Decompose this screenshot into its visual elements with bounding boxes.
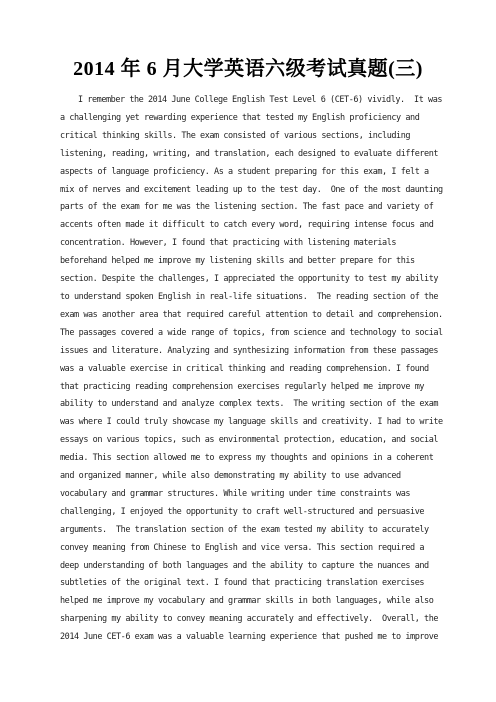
text-line: challenging, I enjoyed the opportunity t…: [60, 504, 440, 522]
text-line: listening, reading, writing, and transla…: [60, 146, 440, 164]
text-line: ability to understand and analyze comple…: [60, 396, 440, 414]
document-title: 2014 年 6 月大学英语六级考试真题(三): [0, 57, 496, 81]
text-line: media. This section allowed me to expres…: [60, 450, 440, 468]
document-body: I remember the 2014 June College English…: [60, 92, 440, 647]
text-line: aspects of language proficiency. As a st…: [60, 164, 440, 182]
text-line: critical thinking skills. The exam consi…: [60, 128, 440, 146]
text-line: mix of nerves and excitement leading up …: [60, 182, 440, 200]
text-line: I remember the 2014 June College English…: [60, 92, 440, 110]
text-line: was where I could truly showcase my lang…: [60, 414, 440, 432]
text-line: to understand spoken English in real-lif…: [60, 289, 440, 307]
text-line: helped me improve my vocabulary and gram…: [60, 593, 440, 611]
text-line: essays on various topics, such as enviro…: [60, 432, 440, 450]
text-line: exam was another area that required care…: [60, 307, 440, 325]
text-line: concentration. However, I found that pra…: [60, 235, 440, 253]
text-line: arguments. The translation section of th…: [60, 522, 440, 540]
text-line: accents often made it difficult to catch…: [60, 217, 440, 235]
text-line: vocabulary and grammar structures. While…: [60, 486, 440, 504]
text-line: deep understanding of both languages and…: [60, 558, 440, 576]
text-line: The passages covered a wide range of top…: [60, 325, 440, 343]
text-line: convey meaning from Chinese to English a…: [60, 540, 440, 558]
text-line: subtleties of the original text. I found…: [60, 575, 440, 593]
text-line: sharpening my ability to convey meaning …: [60, 611, 440, 629]
text-line: issues and literature. Analyzing and syn…: [60, 343, 440, 361]
text-line: beforehand helped me improve my listenin…: [60, 253, 440, 271]
text-line: parts of the exam for me was the listeni…: [60, 199, 440, 217]
text-line: that practicing reading comprehension ex…: [60, 379, 440, 397]
text-line: and organized manner, while also demonst…: [60, 468, 440, 486]
text-line: 2014 June CET-6 exam was a valuable lear…: [60, 629, 440, 647]
document-page: 2014 年 6 月大学英语六级考试真题(三) I remember the 2…: [0, 0, 496, 702]
text-line: was a valuable exercise in critical thin…: [60, 361, 440, 379]
text-line: section. Despite the challenges, I appre…: [60, 271, 440, 289]
text-line: a challenging yet rewarding experience t…: [60, 110, 440, 128]
